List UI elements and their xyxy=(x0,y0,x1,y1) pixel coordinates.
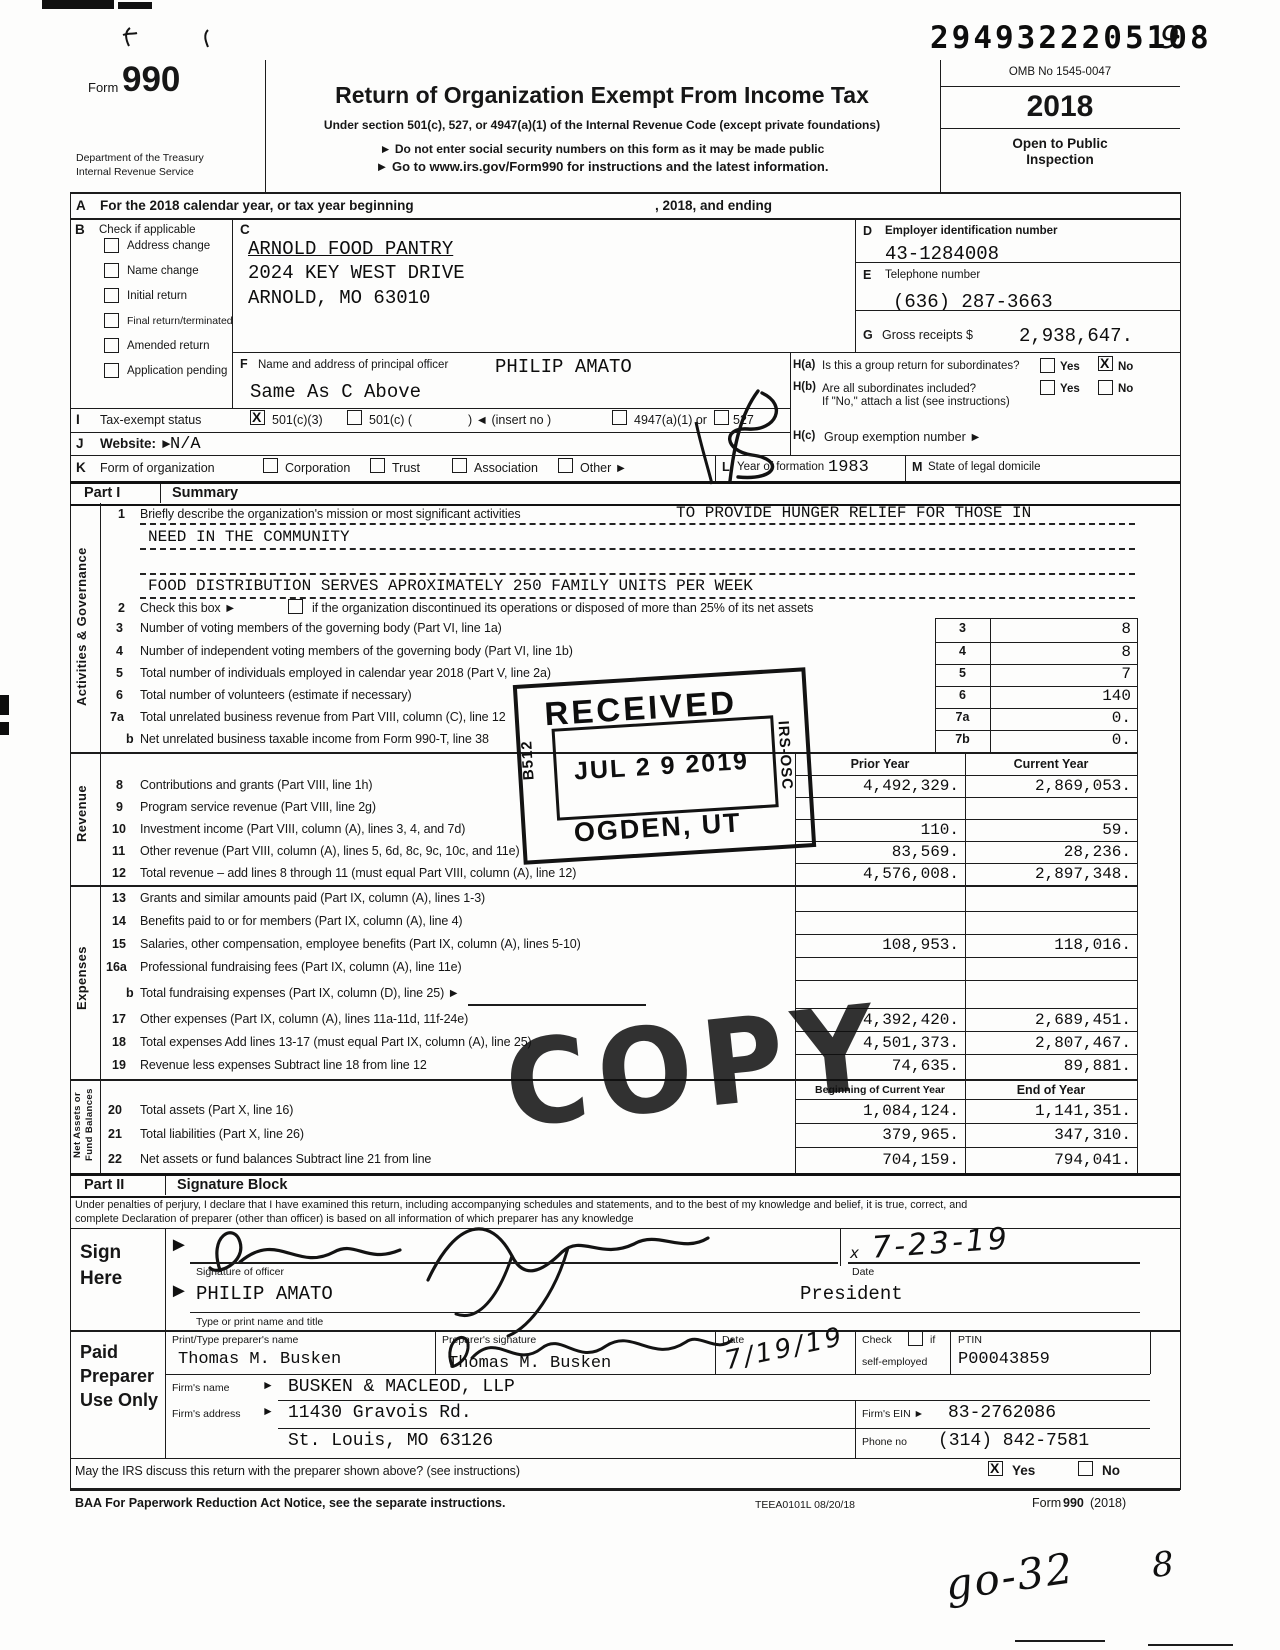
row-num: 6 xyxy=(116,688,123,702)
type-print-caption: Type or print name and title xyxy=(196,1316,323,1328)
section-d-title: Employer identification number xyxy=(885,225,1058,237)
row-num: b xyxy=(126,732,134,746)
row-num: 20 xyxy=(108,1103,122,1117)
row-text: Total unrelated business revenue from Pa… xyxy=(140,710,506,724)
row-num: 4 xyxy=(116,644,123,658)
checkbox-other xyxy=(558,458,573,473)
row-current: 2,689,451. xyxy=(965,1011,1137,1029)
section-d-label: D xyxy=(863,224,872,238)
open-to-public-1: Open to Public xyxy=(940,136,1180,151)
option-501c3: 501(c)(3) xyxy=(272,413,323,427)
checkbox-self-employed xyxy=(908,1331,923,1346)
preparer-sig-typed: Thomas M. Busken xyxy=(448,1354,611,1373)
checkbox-4947 xyxy=(612,410,627,425)
row-begin: 704,159. xyxy=(795,1151,965,1169)
line-i-label: I xyxy=(76,412,80,427)
form-title: Return of Organization Exempt From Incom… xyxy=(268,82,936,109)
firm-addr-arrow-icon: ► xyxy=(262,1404,274,1418)
row-current: 59. xyxy=(965,821,1137,839)
row-text: Total fundraising expenses (Part IX, col… xyxy=(140,986,460,1000)
row-boxnum: 4 xyxy=(935,644,990,658)
form-990-scan: 2949322205108 9 Form 990 Department of t… xyxy=(0,0,1280,1650)
discuss-yes-label: Yes xyxy=(1012,1463,1035,1478)
row-value: 8 xyxy=(990,620,1137,638)
officer-typed-name: PHILIP AMATO xyxy=(196,1283,333,1305)
checkbox-final-return xyxy=(104,313,119,328)
checkbox-initial-return xyxy=(104,288,119,303)
form-subtitle: Under section 501(c), 527, or 4947(a)(1)… xyxy=(268,118,936,132)
row-text: Net assets or fund balances Subtract lin… xyxy=(140,1152,431,1166)
discuss-no-label: No xyxy=(1102,1463,1120,1478)
line-a-text2: , 2018, and ending xyxy=(655,198,772,213)
checkbox-application-pending xyxy=(104,363,119,378)
org-address1: 2024 KEY WEST DRIVE xyxy=(248,262,465,284)
form-word: Form xyxy=(88,80,118,95)
sign-label-2: Here xyxy=(80,1268,122,1290)
checkbox-discontinued xyxy=(288,599,303,614)
row-num: 11 xyxy=(112,844,125,858)
option-501c: 501(c) ( xyxy=(369,413,412,427)
hb-text: Are all subordinates included? xyxy=(822,383,976,395)
firm-ein-value: 83-2762086 xyxy=(948,1403,1056,1423)
paid-label: Paid xyxy=(80,1342,118,1363)
row-boxnum: 5 xyxy=(935,666,990,680)
checkbox-ha-yes xyxy=(1040,358,1055,373)
sidebar-net-assets-2: Fund Balances xyxy=(84,1080,97,1170)
row-num: 22 xyxy=(108,1152,122,1166)
option-other: Other ► xyxy=(580,461,627,475)
option-trust: Trust xyxy=(392,461,420,475)
checkbox-discuss-no xyxy=(1078,1461,1093,1476)
ha-yes-label: Yes xyxy=(1060,361,1080,373)
line-m-label: M xyxy=(912,460,922,474)
scan-artifact xyxy=(118,2,152,9)
row-num: 7a xyxy=(110,710,124,724)
footer-form-year: (2018) xyxy=(1090,1496,1126,1510)
footer-form-word: Form xyxy=(1032,1496,1061,1510)
checkbox-address-change xyxy=(104,238,119,253)
hb-no-label: No xyxy=(1118,383,1133,395)
label-final-return: Final return/terminated xyxy=(127,315,233,327)
mission-text-1: TO PROVIDE HUNGER RELIEF FOR THOSE IN xyxy=(676,504,1031,522)
checkbox-name-change xyxy=(104,263,119,278)
org-name: ARNOLD FOOD PANTRY xyxy=(248,238,453,260)
row-value: 140 xyxy=(990,687,1137,705)
row-text: Program service revenue (Part VIII, line… xyxy=(140,800,376,814)
ptin-value: P00043859 xyxy=(958,1350,1050,1369)
may-discuss-text: May the IRS discuss this return with the… xyxy=(75,1464,520,1478)
col-prior-year: Prior Year xyxy=(795,757,965,771)
mission-text-2: NEED IN THE COMMUNITY xyxy=(148,528,350,546)
preparer-name-label: Print/Type preparer's name xyxy=(172,1334,298,1346)
handwritten-slash xyxy=(688,420,718,488)
part1-label: Part I xyxy=(84,485,120,501)
line-k-label: K xyxy=(76,460,86,475)
hb-label: H(b) xyxy=(793,381,816,393)
received-stamp: RECEIVED B512 JUL 2 9 2019 IRS-OSC OGDEN… xyxy=(513,667,816,865)
row-num: b xyxy=(126,986,134,1000)
signature-of-officer-caption: Signature of officer xyxy=(196,1266,284,1278)
use-only-label: Use Only xyxy=(80,1390,158,1411)
dept-line2: Internal Revenue Service xyxy=(76,166,194,178)
hb-yes-label: Yes xyxy=(1060,383,1080,395)
part2-label: Part II xyxy=(84,1177,124,1193)
tax-year: 2018 xyxy=(940,90,1180,124)
row-value: 7 xyxy=(990,665,1137,683)
section-e-title: Telephone number xyxy=(885,269,980,281)
label-address-change: Address change xyxy=(127,240,210,252)
sidebar-expenses: Expenses xyxy=(74,882,98,1074)
line-i-title: Tax-exempt status xyxy=(100,413,201,427)
row-num: 9 xyxy=(116,800,123,814)
preparer-typed-name: Thomas M. Busken xyxy=(178,1350,341,1369)
checkbox-501c xyxy=(347,410,362,425)
row-num: 18 xyxy=(112,1035,126,1049)
row-boxnum: 7a xyxy=(935,710,990,724)
row-boxnum: 7b xyxy=(935,732,990,746)
row-text: Total liabilities (Part X, line 26) xyxy=(140,1127,304,1141)
row-begin: 379,965. xyxy=(795,1126,965,1144)
sidebar-revenue: Revenue xyxy=(74,748,98,880)
row-num: 17 xyxy=(112,1012,126,1026)
line-l-title: Year of formation xyxy=(737,461,824,473)
row-prior: 4,492,329. xyxy=(795,777,965,795)
row-num: 13 xyxy=(112,891,126,905)
checkbox-hb-no xyxy=(1098,380,1113,395)
501c3-x-mark: X xyxy=(252,409,261,425)
ptin-label: PTIN xyxy=(958,1334,982,1346)
hc-text: Group exemption number ► xyxy=(824,430,982,444)
scan-artifact xyxy=(120,26,140,50)
phone-value: (314) 842-7581 xyxy=(938,1431,1089,1451)
checkbox-trust xyxy=(370,458,385,473)
sign-label-1: Sign xyxy=(80,1242,121,1264)
baa-notice: BAA For Paperwork Reduction Act Notice, … xyxy=(75,1496,505,1510)
line-a-label: A xyxy=(76,198,86,213)
row-current: 2,869,053. xyxy=(965,777,1137,795)
hb-note: If "No," attach a list (see instructions… xyxy=(822,396,1010,408)
firm-addr2-value: St. Louis, MO 63126 xyxy=(288,1431,493,1451)
col-end-year: End of Year xyxy=(965,1083,1137,1097)
row-boxnum: 6 xyxy=(935,688,990,702)
scan-artifact xyxy=(200,28,216,50)
checkbox-amended-return xyxy=(104,338,119,353)
if-label: if xyxy=(930,1334,935,1346)
ha-text: Is this a group return for subordinates? xyxy=(822,360,1020,372)
form-bullet2: ► Go to www.irs.gov/Form990 for instruct… xyxy=(268,159,936,174)
ha-no-label: No xyxy=(1118,361,1133,373)
org-address2: ARNOLD, MO 63010 xyxy=(248,287,430,309)
row-num: 5 xyxy=(116,666,123,680)
handwritten-corner-digit: 8 xyxy=(1150,1544,1175,1586)
officer-title: President xyxy=(800,1283,903,1305)
line-j-title: Website: ► xyxy=(100,436,173,451)
omb-number: OMB No 1545-0047 xyxy=(940,66,1180,78)
part1-title: Summary xyxy=(172,485,238,501)
handwritten-note: go-32 xyxy=(942,1543,1077,1610)
line-j-label: J xyxy=(76,436,84,451)
mission-text-3: FOOD DISTRIBUTION SERVES APROXIMATELY 25… xyxy=(148,577,753,595)
row-current: 28,236. xyxy=(965,843,1137,861)
row-end: 1,141,351. xyxy=(965,1102,1137,1120)
col-current-year: Current Year xyxy=(965,757,1137,771)
row-prior: 83,569. xyxy=(795,843,965,861)
row-text: Net unrelated business taxable income fr… xyxy=(140,732,489,746)
row-text: Professional fundraising fees (Part IX, … xyxy=(140,960,462,974)
ha-label: H(a) xyxy=(793,359,815,371)
part2-title: Signature Block xyxy=(177,1177,287,1193)
signature-arrow-icon: ► xyxy=(169,1234,189,1257)
date-caption: Date xyxy=(852,1266,874,1278)
handwritten-x: x xyxy=(850,1244,859,1262)
row-boxnum: 3 xyxy=(935,621,990,635)
perjury-line1: Under penalties of perjury, I declare th… xyxy=(75,1199,1150,1211)
firm-name-value: BUSKEN & MACLEOD, LLP xyxy=(288,1377,515,1397)
row-text: Number of voting members of the governin… xyxy=(140,621,502,635)
name-arrow-icon: ► xyxy=(169,1280,189,1303)
label-initial-return: Initial return xyxy=(127,290,187,302)
received-stamp-code: B512 xyxy=(518,740,537,781)
phone-label: Phone no xyxy=(862,1436,907,1448)
row-prior: 110. xyxy=(795,821,965,839)
received-stamp-office: IRS-OSC xyxy=(774,720,795,790)
checkbox-hb-yes xyxy=(1040,380,1055,395)
row-text: Contributions and grants (Part VIII, lin… xyxy=(140,778,372,792)
line-l-label: L xyxy=(722,460,730,474)
year-of-formation: 1983 xyxy=(828,458,869,477)
row-text: Number of independent voting members of … xyxy=(140,644,573,658)
section-g-label: G xyxy=(863,328,873,342)
line-k-title: Form of organization xyxy=(100,461,215,475)
row-end: 794,041. xyxy=(965,1151,1137,1169)
row-text: Total assets (Part X, line 16) xyxy=(140,1103,293,1117)
row-text: Grants and similar amounts paid (Part IX… xyxy=(140,891,485,905)
row-end: 347,310. xyxy=(965,1126,1137,1144)
row-num: 14 xyxy=(112,914,126,928)
dept-line1: Department of the Treasury xyxy=(76,152,204,164)
row-num: 3 xyxy=(116,621,123,635)
self-employed-label: self-employed xyxy=(862,1356,927,1368)
label-application-pending: Application pending xyxy=(127,365,227,377)
row-num: 15 xyxy=(112,937,126,951)
row-current: 118,016. xyxy=(965,936,1137,954)
label-amended-return: Amended return xyxy=(127,340,209,352)
scan-artifact xyxy=(42,0,114,9)
firm-addr-label: Firm's address xyxy=(172,1408,241,1420)
section-g-title: Gross receipts $ xyxy=(882,328,973,342)
row-prior: 4,576,008. xyxy=(795,865,965,883)
row-num: 12 xyxy=(112,866,126,880)
form-number: 990 xyxy=(122,60,180,100)
row-value: 0. xyxy=(990,731,1137,749)
section-f-label: F xyxy=(240,357,248,371)
section-b-title: Check if applicable xyxy=(99,224,196,236)
option-corporation: Corporation xyxy=(285,461,350,475)
preparer-label: Preparer xyxy=(80,1366,154,1387)
handwritten-digit: 9 xyxy=(1160,20,1180,56)
check-label: Check xyxy=(862,1334,892,1346)
line2-pre: Check this box ► xyxy=(140,601,236,615)
row-num: 8 xyxy=(116,778,123,792)
principal-officer-name: PHILIP AMATO xyxy=(495,356,632,378)
section-e-label: E xyxy=(863,268,871,282)
row-prior: 108,953. xyxy=(795,936,965,954)
section-b-label: B xyxy=(75,222,85,237)
same-as-c-above: Same As C Above xyxy=(250,381,421,403)
row-value: 0. xyxy=(990,709,1137,727)
open-to-public-2: Inspection xyxy=(940,152,1180,167)
checkbox-association xyxy=(452,458,467,473)
row-current: 89,881. xyxy=(965,1057,1137,1075)
line2-num: 2 xyxy=(118,601,125,615)
row-num: 19 xyxy=(112,1058,126,1072)
row-text: Revenue less expenses Subtract line 18 f… xyxy=(140,1058,427,1072)
row-current: 2,807,467. xyxy=(965,1034,1137,1052)
line1-text: Briefly describe the organization's miss… xyxy=(140,507,521,521)
line-a-text: For the 2018 calendar year, or tax year … xyxy=(100,198,414,213)
scan-artifact xyxy=(0,695,9,715)
firm-ein-label: Firm's EIN ► xyxy=(862,1408,924,1420)
section-f-title: Name and address of principal officer xyxy=(258,359,448,371)
row-current: 2,897,348. xyxy=(965,865,1137,883)
row-text: Total revenue – add lines 8 through 11 (… xyxy=(140,866,576,880)
checkbox-corporation xyxy=(263,458,278,473)
ha-no-x-mark: X xyxy=(1100,355,1109,371)
line-m-title: State of legal domicile xyxy=(928,461,1041,473)
label-name-change: Name change xyxy=(127,265,199,277)
row-num: 16a xyxy=(106,960,127,974)
discuss-yes-x-mark: X xyxy=(990,1460,999,1476)
row-text: Total number of volunteers (estimate if … xyxy=(140,688,412,702)
sidebar-activities-governance: Activities & Governance xyxy=(74,508,98,746)
option-association: Association xyxy=(474,461,538,475)
firm-name-arrow-icon: ► xyxy=(262,1378,274,1392)
row-text: Salaries, other compensation, employee b… xyxy=(140,937,581,951)
row-text: Other revenue (Part VIII, column (A), li… xyxy=(140,844,520,858)
scan-artifact xyxy=(0,722,9,735)
row-text: Investment income (Part VIII, column (A)… xyxy=(140,822,465,836)
row-num: 10 xyxy=(112,822,126,836)
section-c-label: C xyxy=(240,222,250,237)
line1-num: 1 xyxy=(118,507,125,521)
teea-code: TEEA0101L 08/20/18 xyxy=(755,1499,855,1511)
footer-form-num: 990 xyxy=(1063,1496,1084,1510)
option-501c-close: ) ◄ (insert no ) xyxy=(468,413,551,427)
row-text: Benefits paid to or for members (Part IX… xyxy=(140,914,463,928)
website-value: N/A xyxy=(170,435,201,454)
row-text: Total expenses Add lines 13-17 (must equ… xyxy=(140,1035,532,1049)
hc-label: H(c) xyxy=(793,430,815,442)
firm-name-label: Firm's name xyxy=(172,1382,229,1394)
row-text: Other expenses (Part IX, column (A), lin… xyxy=(140,1012,468,1026)
gross-receipts-value: 2,938,647. xyxy=(985,325,1133,347)
row-num: 21 xyxy=(108,1127,122,1141)
row-value: 8 xyxy=(990,643,1137,661)
row-text: Total number of individuals employed in … xyxy=(140,666,551,680)
line2-rest: if the organization discontinued its ope… xyxy=(312,601,813,615)
firm-addr1-value: 11430 Gravois Rd. xyxy=(288,1403,472,1423)
form-bullet1: ► Do not enter social security numbers o… xyxy=(268,142,936,156)
